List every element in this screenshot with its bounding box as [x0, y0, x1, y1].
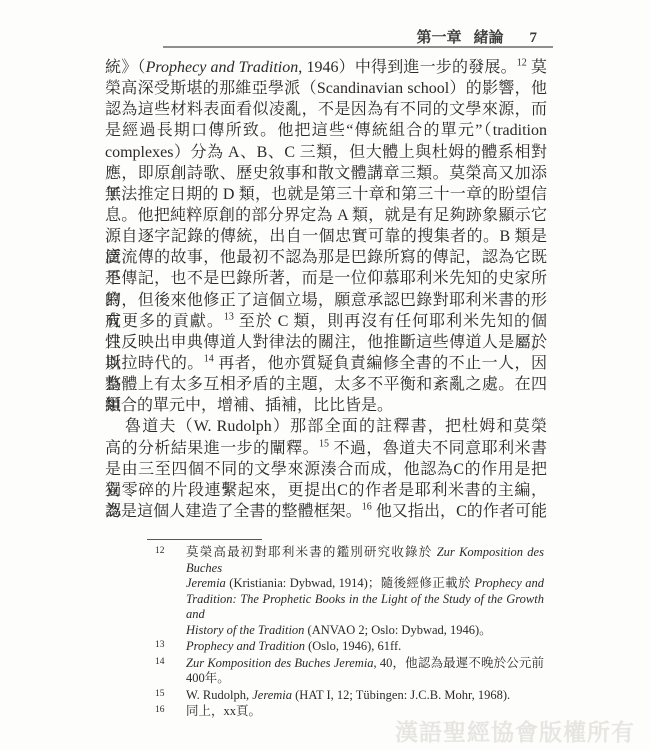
page-number: 7: [530, 30, 538, 46]
text-run: 榮高深受斯堪的那維亞學派（Scandinavian school）的影響，他: [105, 80, 547, 97]
text-run: 魯道夫（W. Rudolph）那部全面的註釋書，把杜姆和莫榮: [125, 418, 547, 435]
body-line: 組合的單元中，增補、插補，比比皆是。: [105, 395, 547, 416]
body-line: 魯道夫（W. Rudolph）那部全面的註釋書，把杜姆和莫榮: [105, 416, 547, 437]
section-label: 緒論: [473, 30, 503, 46]
footnote-number: 16: [155, 705, 165, 715]
footnote-ref: 16: [362, 502, 372, 513]
book-page: 第一章緒論7 統》（Prophecy and Tradition, 1946）中…: [0, 0, 650, 750]
footnote-line: Tradition: The Prophetic Books in the Li…: [186, 592, 544, 623]
footnote-ref: 15: [319, 438, 329, 449]
text-run: (Oslo, 1946), 61ff.: [305, 639, 401, 653]
text-run: (ANVAO 2; Oslo: Dybwad, 1946)。: [304, 623, 491, 637]
body-line: 只反映出申典傳道人對律法的關注，他推斷這些傳道人是屬於以: [105, 332, 547, 353]
text-run: 是經過長期口傳所致。他把這些“傳統組合的單元”（tradition: [105, 122, 547, 139]
footnote-line: Zur Komposition des Buches Jeremia, 40，他…: [186, 656, 544, 672]
text-run: 有更多的貢獻。: [105, 313, 224, 330]
text-run: Zur Komposition des Buches Jeremia: [186, 656, 374, 670]
running-head: 第一章緒論7: [416, 26, 537, 47]
text-run: 認為這些材料表面看似凌亂，不是因為有不同的文學來源，而: [105, 101, 547, 118]
footnote: 13Prophecy and Tradition (Oslo, 1946), 6…: [155, 639, 544, 655]
body-line: 為是這個人建造了全書的整體框架。16 他又指出，C的作者可能: [105, 501, 547, 522]
text-run: 高的分析結果進一步的闡釋。: [105, 440, 319, 457]
watermark: 漢語聖經協會版權所有: [395, 714, 635, 747]
footnote: 14Zur Komposition des Buches Jeremia, 40…: [155, 656, 544, 687]
text-run: , 40，他認為最遲不晚於公元前: [374, 656, 544, 670]
chapter-label: 第一章: [416, 30, 461, 46]
body-line: 是由三至四個不同的文學來源湊合而成，他認為C的作用是把獨: [105, 459, 547, 480]
text-run: 他又指出，C的作者可能: [372, 503, 547, 520]
text-run: Jeremia: [186, 576, 226, 590]
body-line: 的，但後來他修正了這個立場，願意承認巴錄對耶利米書的形成: [105, 290, 547, 311]
text-run: 統》（: [105, 59, 146, 76]
text-run: 無法推定日期的 D 類，也就是第三十章和第三十一章的盼望信: [105, 186, 547, 203]
text-run: 組合的單元中，增補、插補，比比皆是。: [105, 397, 393, 414]
body-line: 榮高深受斯堪的那維亞學派（Scandinavian school）的影響，他: [105, 78, 547, 99]
footnote-number: 15: [155, 689, 165, 699]
footnotes: 12莫榮高最初對耶利米書的鑑別研究收錄於 Zur Komposition des…: [155, 545, 544, 721]
footnote-line: 莫榮高最初對耶利米書的鑑別研究收錄於 Zur Komposition des B…: [186, 545, 544, 576]
footnote-ref: 12: [517, 58, 527, 69]
text-run: Tradition: The Prophetic Books in the Li…: [186, 592, 544, 622]
body-line: 高的分析結果進一步的闡釋。15 不過，魯道夫不同意耶利米書: [105, 438, 547, 459]
footnote: 12莫榮高最初對耶利米書的鑑別研究收錄於 Zur Komposition des…: [155, 545, 544, 638]
text-run: Prophecy and Tradition: [186, 639, 305, 653]
footnote-line: 400年。: [186, 671, 544, 687]
text-run: 莫: [527, 59, 547, 76]
body-line: 是經過長期口傳所致。他把這些“傳統組合的單元”（tradition: [105, 120, 547, 141]
body-line: 有更多的貢獻。13 至於 C 類，則再沒有任何耶利米先知的個性，: [105, 311, 547, 332]
text-run: complexes）分為 A、B、C 三類，但大體上與杜姆的體系相對: [105, 144, 547, 161]
text-run: Prophecy and Tradition: [146, 59, 299, 76]
footnote-number: 13: [155, 640, 165, 650]
footnote-number: 12: [155, 546, 165, 556]
footnote-line: Jeremia (Kristiania: Dybwad, 1914)；隨後經修正…: [186, 576, 544, 592]
footnote-line: W. Rudolph, Jeremia (HAT I, 12; Tübingen…: [186, 688, 544, 704]
body-line: 斯拉時代的。14 再者，他亦質疑負責編修全書的不止一人，因為: [105, 353, 547, 374]
body-line: 立零碎的片段連繫起來，更提出C的作者是耶利米書的主編，認: [105, 480, 547, 501]
text-run: 400年。: [186, 671, 230, 685]
body-line: 源自逐字記錄的傳統，出自一個忠實可靠的搜集者的。B 類是廣: [105, 226, 547, 247]
text-run: 不過，魯道夫不同意耶利米書: [329, 440, 547, 457]
body-line: 整體上有太多互相矛盾的主題，太多不平衡和紊亂之處。在四類: [105, 374, 547, 395]
footnote-line: History of the Tradition (ANVAO 2; Oslo:…: [186, 623, 544, 639]
body-line: 泛流傳的故事，他最初不認為那是巴錄所寫的傳記，認為它既不: [105, 247, 547, 268]
body-line: 應，即原創詩歌、歷史敘事和散文體講章三類。莫榮高又加添了: [105, 163, 547, 184]
footnote: 15W. Rudolph, Jeremia (HAT I, 12; Tübing…: [155, 688, 544, 704]
body-line: 息。他把純粹原創的部分界定為 A 類，就是有足夠跡象顯示它: [105, 205, 547, 226]
footnote-line: Prophecy and Tradition (Oslo, 1946), 61f…: [186, 639, 544, 655]
footnote-ref: 13: [224, 311, 234, 322]
footnote-ref: 14: [204, 354, 214, 365]
text-run: 同上，xx頁。: [186, 704, 261, 718]
text-run: (HAT I, 12; Tübingen: J.C.B. Mohr, 1968)…: [292, 688, 510, 702]
text-run: Prophecy and: [474, 576, 544, 590]
text-run: , 1946）中得到進一步的發展。: [298, 59, 517, 76]
body-text: 統》（Prophecy and Tradition, 1946）中得到進一步的發…: [105, 57, 547, 522]
body-line: complexes）分為 A、B、C 三類，但大體上與杜姆的體系相對: [105, 142, 547, 163]
text-run: 息。他把純粹原創的部分界定為 A 類，就是有足夠跡象顯示它: [105, 207, 547, 224]
text-run: W. Rudolph,: [186, 688, 252, 702]
footnote-number: 14: [155, 657, 165, 667]
body-line: 是傳記，也不是巴錄所著，而是一位仰慕耶利米先知的史家所寫: [105, 268, 547, 289]
body-line: 認為這些材料表面看似凌亂，不是因為有不同的文學來源，而: [105, 99, 547, 120]
body-line: 統》（Prophecy and Tradition, 1946）中得到進一步的發…: [105, 57, 547, 78]
text-run: (Kristiania: Dybwad, 1914)；隨後經修正載於: [226, 576, 475, 590]
text-run: Jeremia: [252, 688, 292, 702]
header-rule: [163, 46, 553, 48]
text-run: 為是這個人建造了全書的整體框架。: [105, 503, 362, 520]
body-line: 無法推定日期的 D 類，也就是第三十章和第三十一章的盼望信: [105, 184, 547, 205]
text-run: History of the Tradition: [186, 623, 304, 637]
text-run: 斯拉時代的。: [105, 355, 204, 372]
footnote-separator: [147, 539, 262, 540]
text-run: 莫榮高最初對耶利米書的鑑別研究收錄於: [186, 545, 437, 559]
